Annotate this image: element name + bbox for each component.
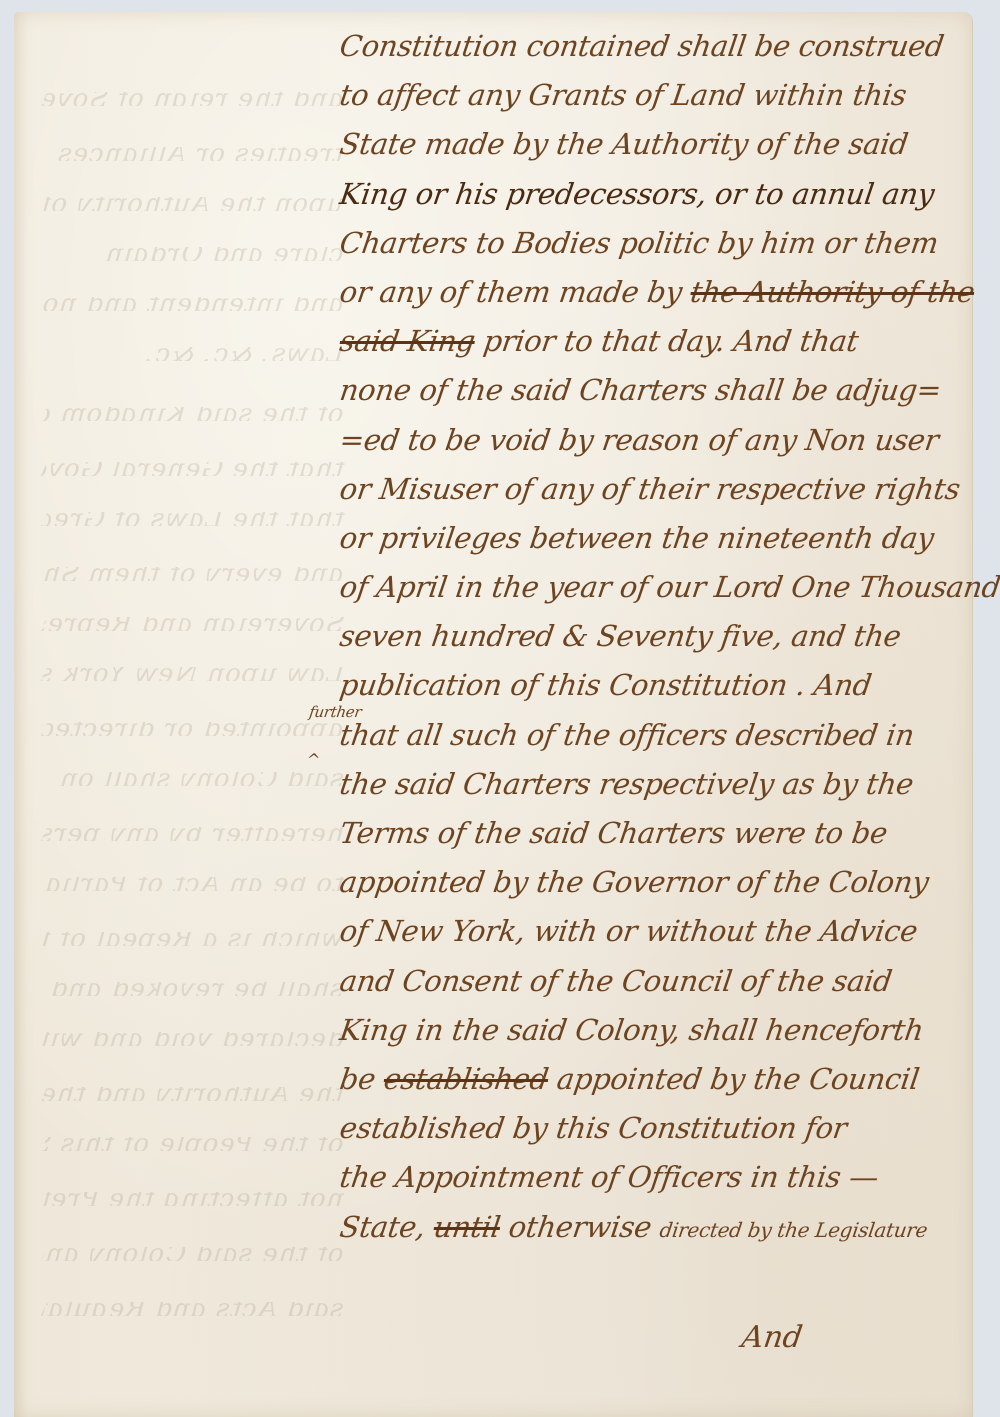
text-line: further ^ that all such of the officers … [337, 711, 974, 760]
text-line: of New York, with or without the Advice [337, 907, 974, 956]
text-line: State, until otherwise directed by the L… [337, 1203, 974, 1252]
bleed-through-line: of the said Colony and the [41, 1247, 348, 1261]
struck-text: established [382, 1062, 551, 1096]
bleed-through-line: which is a Repeal of the [41, 932, 348, 946]
text-line: to affect any Grants of Land within this [337, 71, 974, 120]
text-line: Constitution contained shall be construe… [337, 22, 974, 71]
interlinear-insertion: further [308, 705, 362, 720]
text-line: said King prior to that day. And that [337, 317, 974, 366]
text-line: Charters to Bodies politic by him or the… [337, 219, 974, 268]
bleed-through-line: and every of them Shall be [41, 567, 348, 581]
text-line: State made by the Authority of the said [337, 120, 974, 169]
text-line: and Consent of the Council of the said [337, 957, 974, 1006]
bleed-through-line: of the said Kingdom or of the [41, 407, 348, 421]
text-line: King in the said Colony, shall hencefort… [337, 1006, 974, 1055]
bleed-through-line: to be an Act of Parliament [41, 877, 348, 891]
catchword: And [740, 1320, 805, 1355]
manuscript-text: Constitution contained shall be construe… [340, 22, 970, 1252]
text-line: or Misuser of any of their respective ri… [337, 465, 974, 514]
text-line: publication of this Constitution . And [337, 661, 974, 710]
text-line: King or his predecessors, or to annul an… [337, 170, 974, 219]
text-line: the Appointment of Officers in this — [337, 1153, 974, 1202]
bleed-through-line: declared void and without [41, 1032, 348, 1046]
text-line: the said Charters respectively as by the [337, 760, 974, 809]
bleed-through-line: upon the Authority of Great [41, 197, 348, 211]
bleed-through-line: that the General Government [41, 462, 348, 476]
text-line: established by this Constitution for [337, 1104, 974, 1153]
bleed-through-line: of the People of this State [41, 1137, 348, 1151]
text-line: seven hundred & Seventy five, and the [337, 612, 974, 661]
bleed-through-line: clare and Ordain [41, 247, 348, 261]
bleed-through-line: said Acts and Regulations [41, 1302, 348, 1316]
text-line: or privileges between the nineteenth day [337, 514, 974, 563]
text-line: =ed to be void by reason of any Non user [337, 416, 974, 465]
bleed-through-line: Sovereign and Representatives [41, 617, 348, 631]
bleed-through-line: treaties or Alliances [41, 147, 348, 161]
bleed-through-line: hereafter by any person [41, 827, 348, 841]
struck-text: said King [338, 324, 477, 358]
struck-text: the Authority of the [688, 275, 976, 309]
text-line: appointed by the Governor of the Colony [337, 858, 974, 907]
bleed-through-line: said Colony shall on [41, 772, 348, 786]
bleed-through-line: Law upon New York shall [41, 667, 348, 681]
bleed-through-line: the Authority and the [41, 1087, 348, 1101]
text-line: of April in the year of our Lord One Tho… [337, 563, 974, 612]
scanned-page: and the reign of Sovereignty treaties or… [0, 0, 1000, 1417]
bleed-through-line: not affecting the Pretend [41, 1192, 348, 1206]
bleed-through-line: that the Laws of Great Britain [41, 512, 348, 526]
text-line: Terms of the said Charters were to be [337, 809, 974, 858]
bleed-through-line: shall be revoked and the [41, 982, 348, 996]
interlinear-addition: directed by the Legislature [658, 1218, 929, 1242]
bleed-through-line: appointed or directed by the [41, 722, 348, 736]
text-line: or any of them made by the Authority of … [337, 268, 974, 317]
bleed-through-line: and intendent and no [41, 297, 348, 311]
bleed-through-line: and the reign of Sovereignty [41, 92, 348, 106]
text-line: be established appointed by the Council [337, 1055, 974, 1104]
struck-text: until [432, 1210, 503, 1244]
text-line: none of the said Charters shall be adjug… [337, 366, 974, 415]
bleed-through-line: Laws, &c. &c. [41, 347, 348, 361]
